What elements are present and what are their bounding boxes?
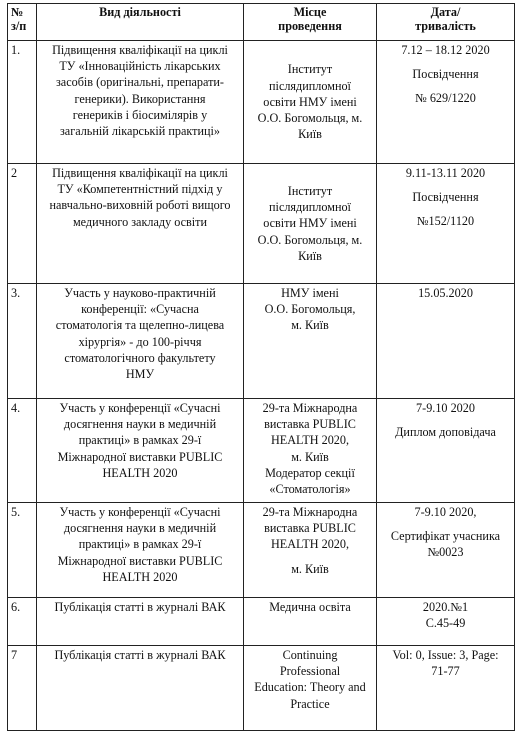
activity-line: Публікація статті в журналі ВАК: [40, 647, 240, 663]
cell-number: 5.: [8, 503, 37, 598]
date-line: С.45-49: [380, 615, 511, 631]
place-line: Київ: [247, 126, 373, 142]
place-line: [247, 553, 373, 561]
date-line: Посвідчення: [380, 189, 511, 205]
table-row: 4.Участь у конференції «Сучаснідосягненн…: [8, 399, 515, 503]
place-line: Education: Theory and: [247, 679, 373, 695]
activity-line: досягнення науки в медичній: [40, 520, 240, 536]
place-line: м. Київ: [247, 449, 373, 465]
cell-place: 29-та Міжнароднавиставка PUBLICHEALTH 20…: [244, 503, 377, 598]
table-row: 5.Участь у конференції «Сучаснідосягненн…: [8, 503, 515, 598]
header-date-line: тривалість: [380, 19, 511, 33]
date-line: №0023: [380, 544, 511, 560]
activity-line: Публікація статті в журналі ВАК: [40, 599, 240, 615]
activity-line: загальній лікарській практиці»: [40, 123, 240, 139]
date-line: 7.12 – 18.12 2020: [380, 42, 511, 58]
table-row: 6.Публікація статті в журналі ВАКМедична…: [8, 598, 515, 646]
date-line: [380, 205, 511, 213]
header-number-line: з/п: [11, 19, 33, 33]
activity-line: стоматологія та щелепно-лицева: [40, 317, 240, 333]
date-line: [380, 416, 511, 424]
table-header-row: № з/п Вид діяльності Місце проведення Да…: [8, 4, 515, 41]
place-line: 29-та Міжнародна: [247, 504, 373, 520]
place-line: О.О. Богомольця, м.: [247, 232, 373, 248]
header-place-line: Місце: [247, 5, 373, 19]
table-row: 2Підвищення кваліфікації на цикліТУ «Ком…: [8, 164, 515, 284]
cell-number: 4.: [8, 399, 37, 503]
activity-line: НМУ: [40, 366, 240, 382]
date-line: Диплом доповідача: [380, 424, 511, 440]
place-line: «Стоматологія»: [247, 481, 373, 497]
cell-number: 6.: [8, 598, 37, 646]
date-line: Посвідчення: [380, 66, 511, 82]
date-line: 9.11-13.11 2020: [380, 165, 511, 181]
place-line: 29-та Міжнародна: [247, 400, 373, 416]
place-line: освіти НМУ імені: [247, 94, 373, 110]
activity-line: Підвищення кваліфікації на циклі: [40, 42, 240, 58]
cell-activity: Участь у конференції «Сучаснідосягнення …: [37, 399, 244, 503]
date-line: 7-9.10 2020: [380, 400, 511, 416]
activity-line: Міжнародної виставки PUBLIC: [40, 449, 240, 465]
cell-date: Vol: 0, Issue: 3, Page:71-77: [377, 646, 515, 731]
header-place-line: проведення: [247, 19, 373, 33]
date-line: [380, 58, 511, 66]
header-date: Дата/ тривалість: [377, 4, 515, 41]
date-line: 7-9.10 2020,: [380, 504, 511, 520]
cell-date: 7-9.10 2020,Сертифікат учасника№0023: [377, 503, 515, 598]
header-date-line: Дата/: [380, 5, 511, 19]
activity-line: конференції: «Сучасна: [40, 301, 240, 317]
place-line: Professional: [247, 663, 373, 679]
activity-line: HEALTH 2020: [40, 465, 240, 481]
date-line: № 629/1220: [380, 90, 511, 106]
date-line: №152/1120: [380, 213, 511, 229]
date-line: 2020.№1: [380, 599, 511, 615]
cell-date: 15.05.2020: [377, 284, 515, 399]
cell-number: 1.: [8, 41, 37, 164]
activity-line: ТУ «Компетентністний підхід у: [40, 181, 240, 197]
cell-place: НМУ іменіО.О. Богомольця,м. Київ: [244, 284, 377, 399]
cell-number: 7: [8, 646, 37, 731]
place-line: Інститут: [247, 61, 373, 77]
cell-place: 29-та Міжнароднавиставка PUBLICHEALTH 20…: [244, 399, 377, 503]
place-line: НМУ імені: [247, 285, 373, 301]
place-line: Київ: [247, 248, 373, 264]
place-line: Practice: [247, 696, 373, 712]
date-line: [380, 82, 511, 90]
header-place: Місце проведення: [244, 4, 377, 41]
activity-line: HEALTH 2020: [40, 569, 240, 585]
header-activity: Вид діяльності: [37, 4, 244, 41]
date-line: Сертифікат учасника: [380, 528, 511, 544]
place-line: Модератор секції: [247, 465, 373, 481]
activity-table: № з/п Вид діяльності Місце проведення Да…: [7, 3, 515, 731]
date-line: 71-77: [380, 663, 511, 679]
activity-line: засобів (оригінальні, препарати-: [40, 74, 240, 90]
cell-activity: Публікація статті в журналі ВАК: [37, 598, 244, 646]
cell-activity: Підвищення кваліфікації на цикліТУ «Комп…: [37, 164, 244, 284]
place-line: О.О. Богомольця, м.: [247, 110, 373, 126]
activity-line: навчально-виховній роботі вищого: [40, 197, 240, 213]
cell-activity: Публікація статті в журналі ВАК: [37, 646, 244, 731]
cell-date: 2020.№1С.45-49: [377, 598, 515, 646]
place-line: Інститут: [247, 183, 373, 199]
activity-line: Участь у науково-практичній: [40, 285, 240, 301]
cell-activity: Участь у конференції «Сучаснідосягнення …: [37, 503, 244, 598]
cell-date: 9.11-13.11 2020Посвідчення№152/1120: [377, 164, 515, 284]
date-line: [380, 181, 511, 189]
activity-line: Підвищення кваліфікації на циклі: [40, 165, 240, 181]
table-row: 7Публікація статті в журналі ВАКContinui…: [8, 646, 515, 731]
cell-number: 2: [8, 164, 37, 284]
header-number: № з/п: [8, 4, 37, 41]
header-number-line: №: [11, 5, 33, 19]
cell-activity: Підвищення кваліфікації на цикліТУ «Інно…: [37, 41, 244, 164]
activity-line: Участь у конференції «Сучасні: [40, 504, 240, 520]
place-line: м. Київ: [247, 561, 373, 577]
activity-line: практиці» в рамках 29-ї: [40, 432, 240, 448]
place-line: освіти НМУ імені: [247, 215, 373, 231]
cell-number: 3.: [8, 284, 37, 399]
activity-line: Міжнародної виставки PUBLIC: [40, 553, 240, 569]
place-line: м. Київ: [247, 317, 373, 333]
activity-line: медичного закладу освіти: [40, 214, 240, 230]
cell-activity: Участь у науково-практичнійконференції: …: [37, 284, 244, 399]
activity-line: практиці» в рамках 29-ї: [40, 536, 240, 552]
place-line: Медична освіта: [247, 599, 373, 615]
place-line: HEALTH 2020,: [247, 536, 373, 552]
date-line: [380, 520, 511, 528]
activity-line: ТУ «Інноваційність лікарських: [40, 58, 240, 74]
place-line: Continuing: [247, 647, 373, 663]
activity-line: стоматологічного факультету: [40, 350, 240, 366]
cell-date: 7-9.10 2020Диплом доповідача: [377, 399, 515, 503]
cell-place: Інститутпіслядипломноїосвіти НМУ іменіО.…: [244, 164, 377, 284]
place-line: HEALTH 2020,: [247, 432, 373, 448]
cell-place: ContinuingProfessionalEducation: Theory …: [244, 646, 377, 731]
activity-line: генерики). Використання: [40, 91, 240, 107]
table-row: 3.Участь у науково-практичнійконференції…: [8, 284, 515, 399]
place-line: виставка PUBLIC: [247, 520, 373, 536]
date-line: 15.05.2020: [380, 285, 511, 301]
place-line: післядипломної: [247, 199, 373, 215]
activity-line: досягнення науки в медичній: [40, 416, 240, 432]
activity-line: хірургія» - до 100-річчя: [40, 334, 240, 350]
activity-line: генериків і біосимілярів у: [40, 107, 240, 123]
activity-line: Участь у конференції «Сучасні: [40, 400, 240, 416]
date-line: Vol: 0, Issue: 3, Page:: [380, 647, 511, 663]
table-row: 1.Підвищення кваліфікації на цикліТУ «Ін…: [8, 41, 515, 164]
cell-place: Медична освіта: [244, 598, 377, 646]
place-line: виставка PUBLIC: [247, 416, 373, 432]
place-line: післядипломної: [247, 78, 373, 94]
cell-place: Інститутпіслядипломноїосвіти НМУ іменіО.…: [244, 41, 377, 164]
place-line: О.О. Богомольця,: [247, 301, 373, 317]
cell-date: 7.12 – 18.12 2020Посвідчення№ 629/1220: [377, 41, 515, 164]
